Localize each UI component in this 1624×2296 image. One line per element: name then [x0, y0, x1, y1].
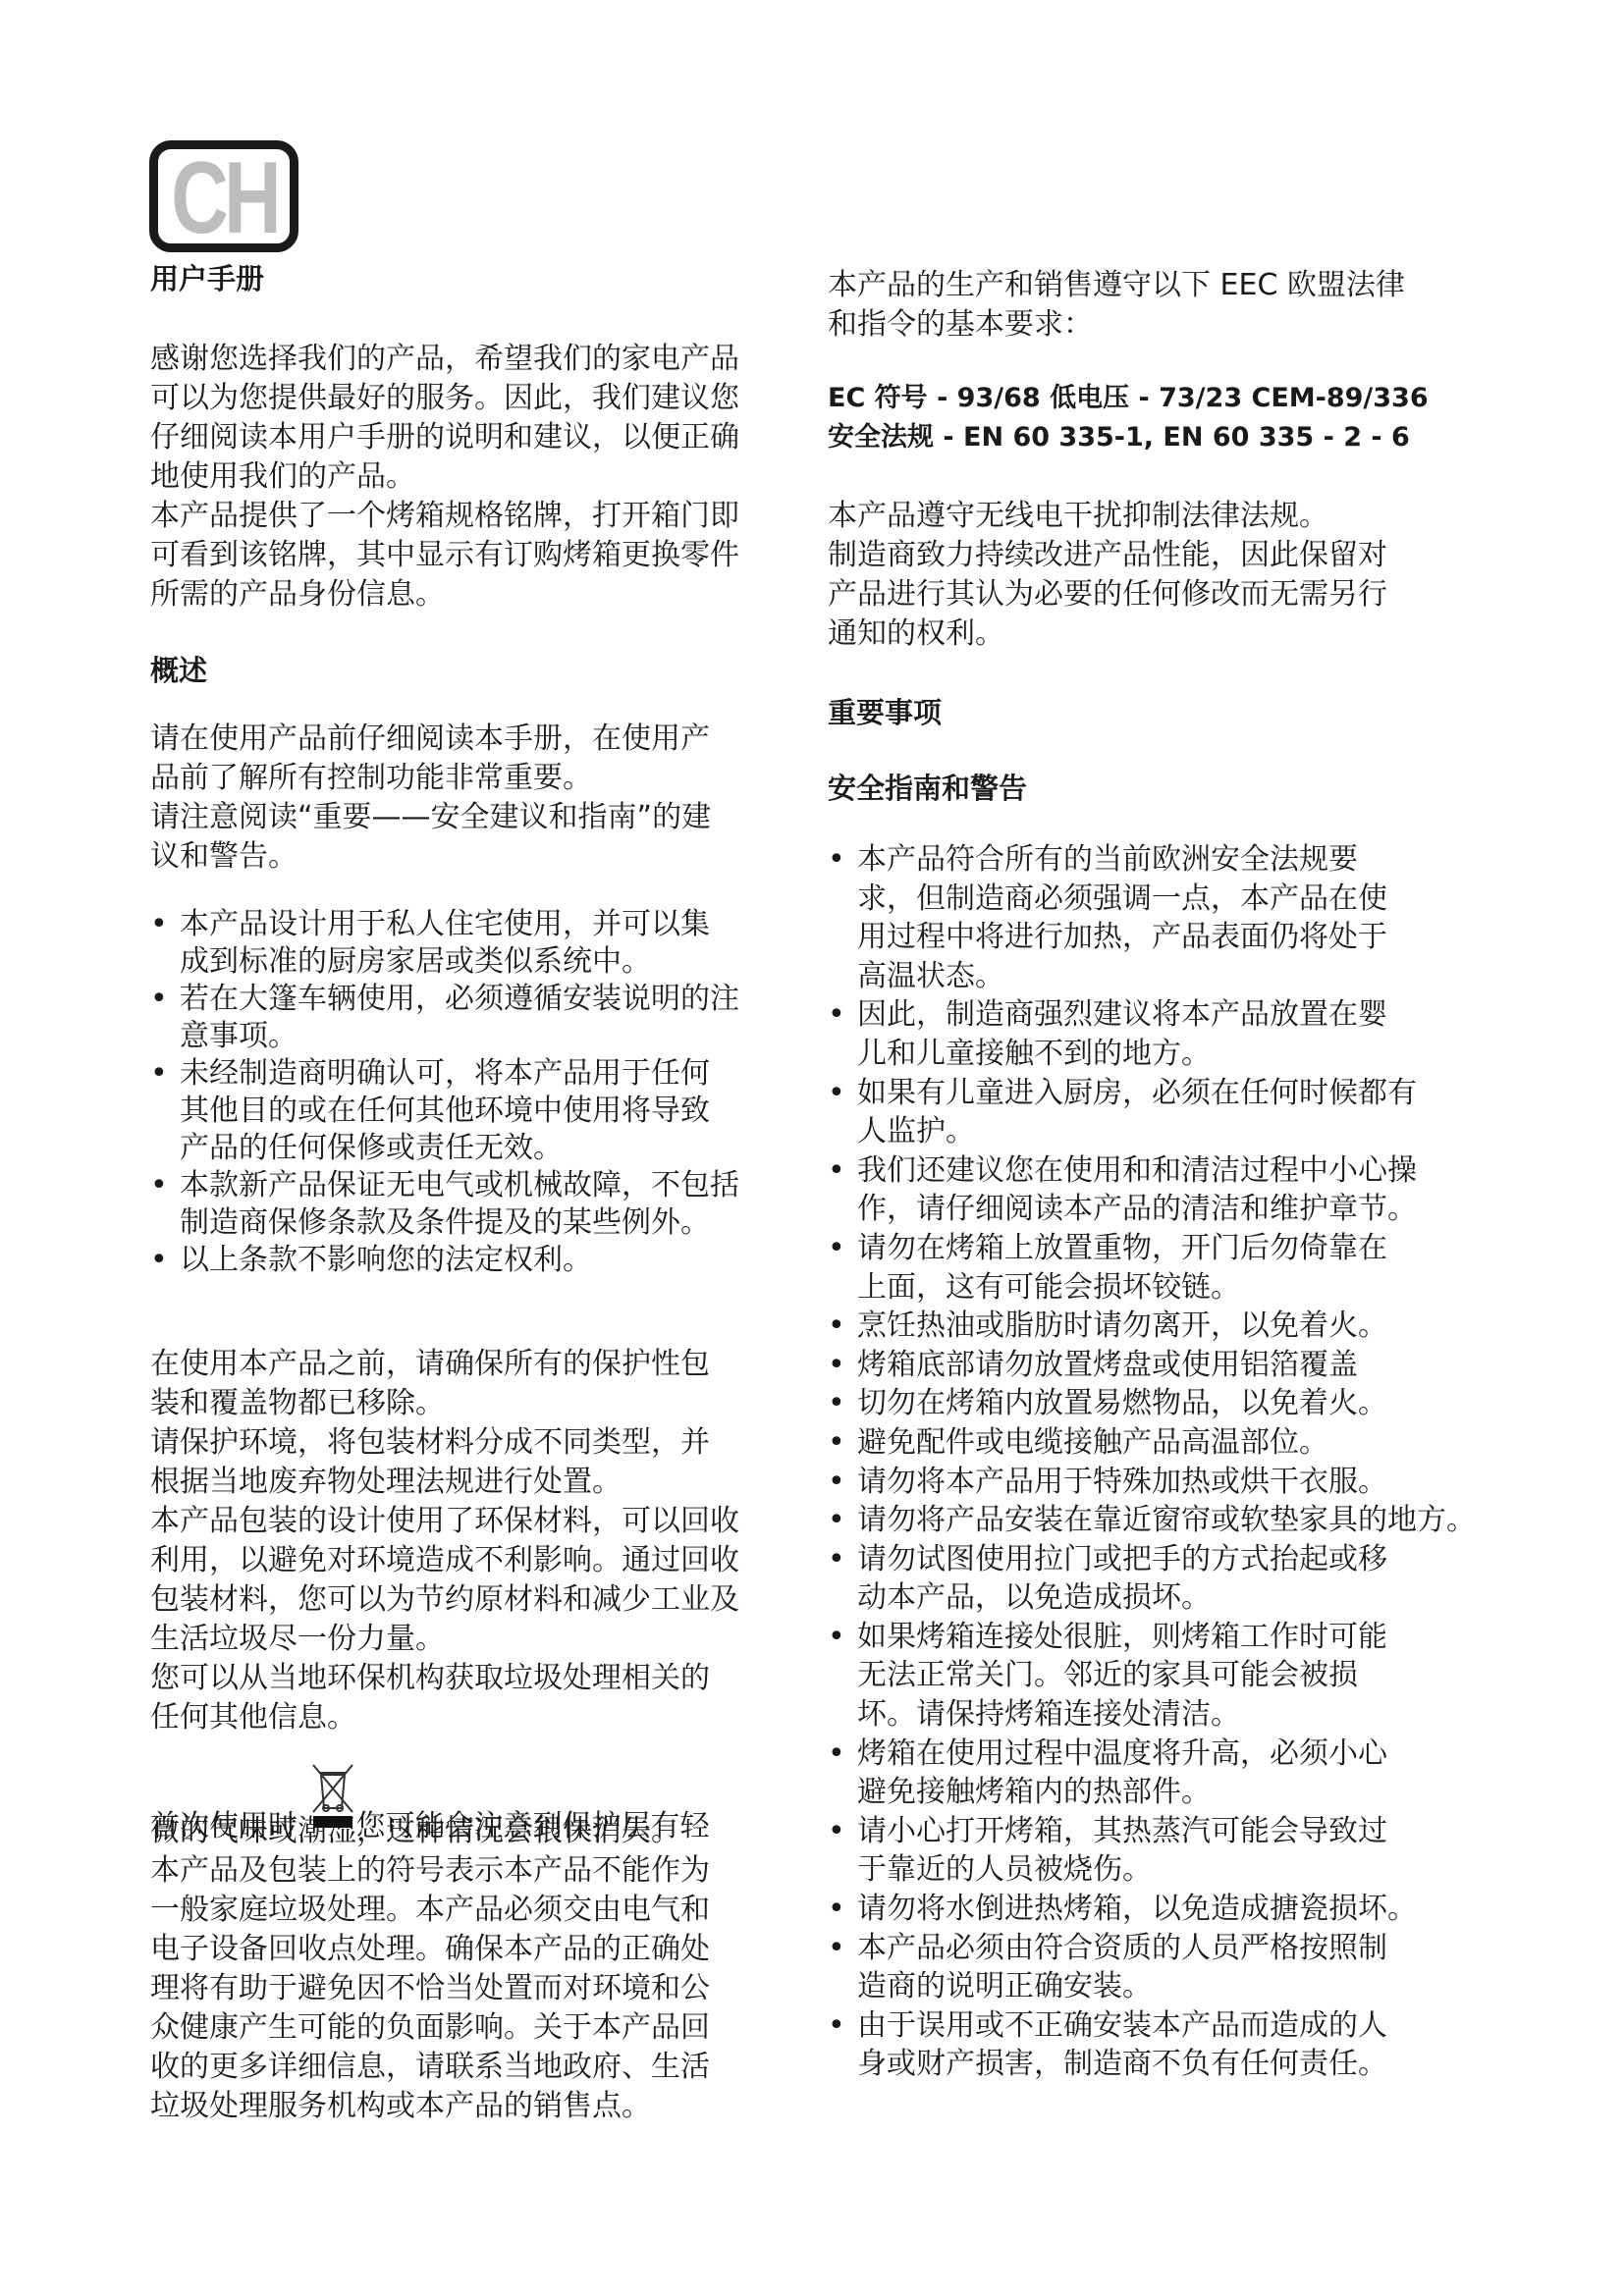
- bullet-text-line: 身或财产损害，制造商不负有任何责任。: [857, 2045, 1495, 2084]
- bullet-item: •请勿将水倒进热烤箱，以免造成搪瓷损坏。: [828, 1890, 1495, 1929]
- text-line: 理将有助于避免因不恰当处置而对环境和公: [150, 1969, 798, 2008]
- bullet-text-line: 本产品设计用于私人住宅使用，并可以集: [180, 906, 798, 943]
- bullet-text-line: 作，请仔细阅读本产品的清洁和维护章节。: [857, 1190, 1495, 1229]
- bullet-dot-icon: •: [828, 1346, 857, 1385]
- bullet-text-line: 本款新产品保证无电气或机械故障，不包括: [180, 1167, 798, 1204]
- bullet-dot-icon: •: [150, 981, 180, 1018]
- bullet-text-line: 人监护。: [857, 1112, 1495, 1151]
- disposal-paragraph: 本产品及包装上的符号表示本产品不能作为一般家庭垃圾处理。本产品必须交由电气和电子…: [150, 1851, 798, 2126]
- bullet-text-line: 本产品符合所有的当前欧洲安全法规要: [857, 840, 1495, 880]
- low-voltage-directive: - 73/23 CEM-89/336: [1129, 383, 1429, 413]
- bullet-text-line: 产品的任何保修或责任无效。: [180, 1130, 798, 1167]
- bullet-dot-icon: •: [828, 1812, 857, 1851]
- bullet-dot-icon: •: [828, 1463, 857, 1502]
- bullet-dot-icon: •: [150, 1242, 180, 1279]
- first-use-paragraph: 首次使用时 您可能会注意到保护层有轻 微的气味或潮湿，这种情况会很快消失。: [150, 1777, 798, 1851]
- safety-bullet-list: •本产品符合所有的当前欧洲安全法规要求，但制造商必须强调一点，本产品在使用过程中…: [828, 840, 1495, 2084]
- ec-label: EC 符号: [828, 383, 928, 413]
- bullet-dot-icon: •: [828, 995, 857, 1035]
- country-code: CH: [171, 147, 277, 249]
- bullet-text-line: 切勿在烤箱内放置易燃物品，以免着火。: [857, 1384, 1495, 1423]
- bullet-text-line: 请勿将本产品用于特殊加热或烘干衣服。: [857, 1463, 1495, 1502]
- bullet-text-line: 动本产品，以免造成损坏。: [857, 1578, 1495, 1618]
- bullet-dot-icon: •: [828, 1929, 857, 1968]
- text-line: 制造商致力持续改进产品性能，因此保留对: [828, 536, 1495, 575]
- bullet-dot-icon: •: [150, 1055, 180, 1093]
- bullet-text-line: 于靠近的人员被烧伤。: [857, 1850, 1495, 1890]
- text-line: 可以为您提供最好的服务。因此，我们建议您: [150, 379, 798, 418]
- bullet-text-line: 儿和儿童接触不到的地方。: [857, 1035, 1495, 1074]
- text-line: 收的更多详细信息，请联系当地政府、生活: [150, 2048, 798, 2087]
- ec-directive: - 93/68: [928, 383, 1050, 413]
- safety-standards: - EN 60 335-1, EN 60 335 - 2 - 6: [934, 422, 1410, 453]
- text-line: 和指令的基本要求：: [828, 305, 1495, 345]
- bullet-text-line: 制造商保修条款及条件提及的某些例外。: [180, 1204, 798, 1242]
- country-code-logo: CH: [149, 140, 298, 252]
- safety-heading: 安全指南和警告: [828, 769, 1495, 808]
- usage-bullet-list: •本产品设计用于私人住宅使用，并可以集成到标准的厨房家居或类似系统中。•若在大篷…: [150, 906, 798, 1279]
- bullet-item: •烹饪热油或脂肪时请勿离开，以免着火。: [828, 1307, 1495, 1346]
- bullet-item: •本产品必须由符合资质的人员严格按照制造商的说明正确安装。: [828, 1929, 1495, 2006]
- bullet-text-line: 请勿将产品安装在靠近窗帘或软垫家具的地方。: [857, 1501, 1495, 1540]
- bullet-text-line: 我们还建议您在使用和和清洁过程中小心操: [857, 1151, 1495, 1191]
- bullet-text-line: 避免接触烤箱内的热部件。: [857, 1773, 1495, 1812]
- text-line: 本产品遵守无线电干扰抑制法律法规。: [828, 497, 1495, 536]
- eec-paragraph: 本产品的生产和销售遵守以下 EEC 欧盟法律和指令的基本要求：: [828, 266, 1495, 345]
- bullet-text-line: 无法正常关门。邻近的家具可能会被损: [857, 1656, 1495, 1695]
- bullet-item: •请勿将本产品用于特殊加热或烘干衣服。: [828, 1463, 1495, 1502]
- low-voltage-label: 低电压: [1050, 383, 1129, 413]
- bullet-text-line: 避免配件或电缆接触产品高温部位。: [857, 1423, 1495, 1463]
- bullet-item: •请勿将产品安装在靠近窗帘或软垫家具的地方。: [828, 1501, 1495, 1540]
- bullet-dot-icon: •: [828, 1890, 857, 1929]
- bullet-text-line: 请小心打开烤箱，其热蒸汽可能会导致过: [857, 1812, 1495, 1851]
- bullet-item: •本款新产品保证无电气或机械故障，不包括制造商保修条款及条件提及的某些例外。: [150, 1167, 798, 1242]
- bullet-item: •烤箱在使用过程中温度将升高，必须小心避免接触烤箱内的热部件。: [828, 1735, 1495, 1812]
- bullet-item: •请小心打开烤箱，其热蒸汽可能会导致过于靠近的人员被烧伤。: [828, 1812, 1495, 1890]
- overview-heading: 概述: [150, 651, 798, 690]
- text-line: 电子设备回收点处理。确保本产品的正确处: [150, 1930, 798, 1969]
- bullet-item: •本产品符合所有的当前欧洲安全法规要求，但制造商必须强调一点，本产品在使用过程中…: [828, 840, 1495, 995]
- bullet-item: •避免配件或电缆接触产品高温部位。: [828, 1423, 1495, 1463]
- bullet-text-line: 高温状态。: [857, 957, 1495, 996]
- text-line: 产品进行其认为必要的任何修改而无需另行: [828, 575, 1495, 614]
- text-line: 利用，以避免对环境造成不利影响。通过回收: [150, 1541, 798, 1580]
- text-line: 一般家庭垃圾处理。本产品必须交由电气和: [150, 1891, 798, 1930]
- page-title: 用户手册: [150, 259, 264, 298]
- bullet-item: •请勿在烤箱上放置重物，开门后勿倚靠在上面，这有可能会损坏铰链。: [828, 1229, 1495, 1307]
- text-line: 地使用我们的产品。: [150, 457, 798, 497]
- bullet-item: •由于误用或不正确安装本产品而造成的人身或财产损害，制造商不负有任何责任。: [828, 2006, 1495, 2084]
- text-line: 请保护环境，将包装材料分成不同类型，并: [150, 1423, 798, 1463]
- bullet-text-line: 本产品必须由符合资质的人员严格按照制: [857, 1929, 1495, 1968]
- bullet-text-line: 因此，制造商强烈建议将本产品放置在婴: [857, 995, 1495, 1035]
- bullet-text-line: 其他目的或在任何其他环境中使用将导致: [180, 1093, 798, 1130]
- bullet-item: •我们还建议您在使用和和清洁过程中小心操作，请仔细阅读本产品的清洁和维护章节。: [828, 1151, 1495, 1229]
- text-line: 您可以从当地环保机构获取垃圾处理相关的: [150, 1659, 798, 1698]
- bullet-item: • 未经制造商明确认可，将本产品用于任何其他目的或在任何其他环境中使用将导致产品…: [150, 1055, 798, 1167]
- text-line: 根据当地废弃物处理法规进行处置。: [150, 1463, 798, 1502]
- text-line: 本产品的生产和销售遵守以下 EEC 欧盟法律: [828, 266, 1495, 305]
- text-line: 本产品包装的设计使用了环保材料，可以回收: [150, 1502, 798, 1541]
- text-line: 可看到该铭牌，其中显示有订购烤箱更换零件: [150, 536, 798, 575]
- bullet-item: •烤箱底部请勿放置烤盘或使用铝箔覆盖: [828, 1346, 1495, 1385]
- bullet-dot-icon: •: [828, 1384, 857, 1423]
- bullet-text-line: 请勿在烤箱上放置重物，开门后勿倚靠在: [857, 1229, 1495, 1268]
- text-line: 所需的产品身份信息。: [150, 575, 798, 614]
- ec-marking-line: EC 符号 - 93/68 低电压 - 73/23 CEM-89/336 安全法…: [828, 379, 1495, 457]
- bullet-text-line: 请勿试图使用拉门或把手的方式抬起或移: [857, 1540, 1495, 1579]
- bullet-text-line: 烤箱底部请勿放置烤盘或使用铝箔覆盖: [857, 1346, 1495, 1385]
- text-line: 本产品及包装上的符号表示本产品不能作为: [150, 1851, 798, 1891]
- bullet-text-line: 用过程中将进行加热，产品表面仍将处于: [857, 918, 1495, 957]
- text-line: 垃圾处理服务机构或本产品的销售点。: [150, 2087, 798, 2126]
- bullet-dot-icon: •: [828, 1229, 857, 1268]
- bullet-text-line: 请勿将水倒进热烤箱，以免造成搪瓷损坏。: [857, 1890, 1495, 1929]
- intro-paragraph: 感谢您选择我们的产品，希望我们的家电产品可以为您提供最好的服务。因此，我们建议您…: [150, 340, 798, 614]
- bullet-text-line: 如果烤箱连接处很脏，则烤箱工作时可能: [857, 1618, 1495, 1657]
- text-line: 本产品提供了一个烤箱规格铭牌，打开箱门即: [150, 497, 798, 536]
- bullet-text-line: 造商的说明正确安装。: [857, 1967, 1495, 2006]
- bullet-text-line: 烹饪热油或脂肪时请勿离开，以免着火。: [857, 1307, 1495, 1346]
- bullet-text-line: 坏。请保持烤箱连接处清洁。: [857, 1695, 1495, 1735]
- text-line: 通知的权利。: [828, 614, 1495, 654]
- bullet-dot-icon: •: [150, 1167, 180, 1204]
- bullet-text-line: 意事项。: [180, 1018, 798, 1055]
- bullet-dot-icon: •: [828, 1540, 857, 1579]
- packaging-paragraph: 在使用本产品之前，请确保所有的保护性包装和覆盖物都已移除。请保护环境，将包装材料…: [150, 1345, 798, 1737]
- bullet-item: •如果有儿童进入厨房，必须在任何时候都有人监护。: [828, 1074, 1495, 1151]
- text-line: 包装材料，您可以为节约原材料和减少工业及: [150, 1580, 798, 1620]
- bullet-text-line: 上面，这有可能会损坏铰链。: [857, 1268, 1495, 1308]
- bullet-dot-icon: •: [828, 1151, 857, 1191]
- bullet-text-line: 以上条款不影响您的法定权利。: [180, 1242, 798, 1279]
- text-line: 请注意阅读“重要——安全建议和指南”的建: [150, 798, 798, 837]
- bullet-text-line: 未经制造商明确认可，将本产品用于任何: [180, 1055, 798, 1093]
- safety-regulation-label: 安全法规: [828, 422, 934, 453]
- bullet-text-line: 成到标准的厨房家居或类似系统中。: [180, 943, 798, 981]
- bullet-text-line: 烤箱在使用过程中温度将升高，必须小心: [857, 1735, 1495, 1774]
- bullet-text-line: 若在大篷车辆使用，必须遵循安装说明的注: [180, 981, 798, 1018]
- bullet-item: •切勿在烤箱内放置易燃物品，以免着火。: [828, 1384, 1495, 1423]
- text-line: 任何其他信息。: [150, 1698, 798, 1737]
- bullet-dot-icon: •: [828, 1501, 857, 1540]
- bullet-item: •如果烤箱连接处很脏，则烤箱工作时可能无法正常关门。邻近的家具可能会被损坏。请保…: [828, 1618, 1495, 1735]
- weee-crossed-bin-icon: [311, 1763, 354, 1830]
- bullet-dot-icon: •: [828, 1074, 857, 1113]
- bullet-text-line: 求，但制造商必须强调一点，本产品在使: [857, 880, 1495, 919]
- bullet-text-line: 由于误用或不正确安装本产品而造成的人: [857, 2006, 1495, 2046]
- text-line: 感谢您选择我们的产品，希望我们的家电产品: [150, 340, 798, 379]
- bullet-item: •请勿试图使用拉门或把手的方式抬起或移动本产品，以免造成损坏。: [828, 1540, 1495, 1618]
- text-line: 议和警告。: [150, 837, 798, 877]
- bullet-item: •以上条款不影响您的法定权利。: [150, 1242, 798, 1279]
- text-line: 装和覆盖物都已移除。: [150, 1384, 798, 1423]
- bullet-item: •本产品设计用于私人住宅使用，并可以集成到标准的厨房家居或类似系统中。: [150, 906, 798, 981]
- bullet-item: •因此，制造商强烈建议将本产品放置在婴儿和儿童接触不到的地方。: [828, 995, 1495, 1073]
- text-line: 品前了解所有控制功能非常重要。: [150, 759, 798, 798]
- bullet-dot-icon: •: [828, 840, 857, 880]
- important-heading: 重要事项: [828, 693, 1495, 732]
- bullet-dot-icon: •: [828, 1618, 857, 1657]
- text-line: 众健康产生可能的负面影响。关于本产品回: [150, 2008, 798, 2048]
- bullet-dot-icon: •: [828, 1423, 857, 1463]
- overview-paragraph: 请在使用产品前仔细阅读本手册，在使用产品前了解所有控制功能非常重要。请注意阅读“…: [150, 720, 798, 877]
- bullet-dot-icon: •: [828, 2006, 857, 2046]
- bullet-text-line: 如果有儿童进入厨房，必须在任何时候都有: [857, 1074, 1495, 1113]
- bullet-dot-icon: •: [828, 1735, 857, 1774]
- text-line: 生活垃圾尽一份力量。: [150, 1620, 798, 1659]
- bullet-dot-icon: •: [828, 1307, 857, 1346]
- text-line: 请在使用产品前仔细阅读本手册，在使用产: [150, 720, 798, 759]
- text-line: 在使用本产品之前，请确保所有的保护性包: [150, 1345, 798, 1384]
- bullet-item: •若在大篷车辆使用，必须遵循安装说明的注意事项。: [150, 981, 798, 1055]
- text-line: 仔细阅读本用户手册的说明和建议，以便正确: [150, 418, 798, 457]
- radio-interference-paragraph: 本产品遵守无线电干扰抑制法律法规。制造商致力持续改进产品性能，因此保留对产品进行…: [828, 497, 1495, 654]
- bullet-dot-icon: •: [150, 906, 180, 943]
